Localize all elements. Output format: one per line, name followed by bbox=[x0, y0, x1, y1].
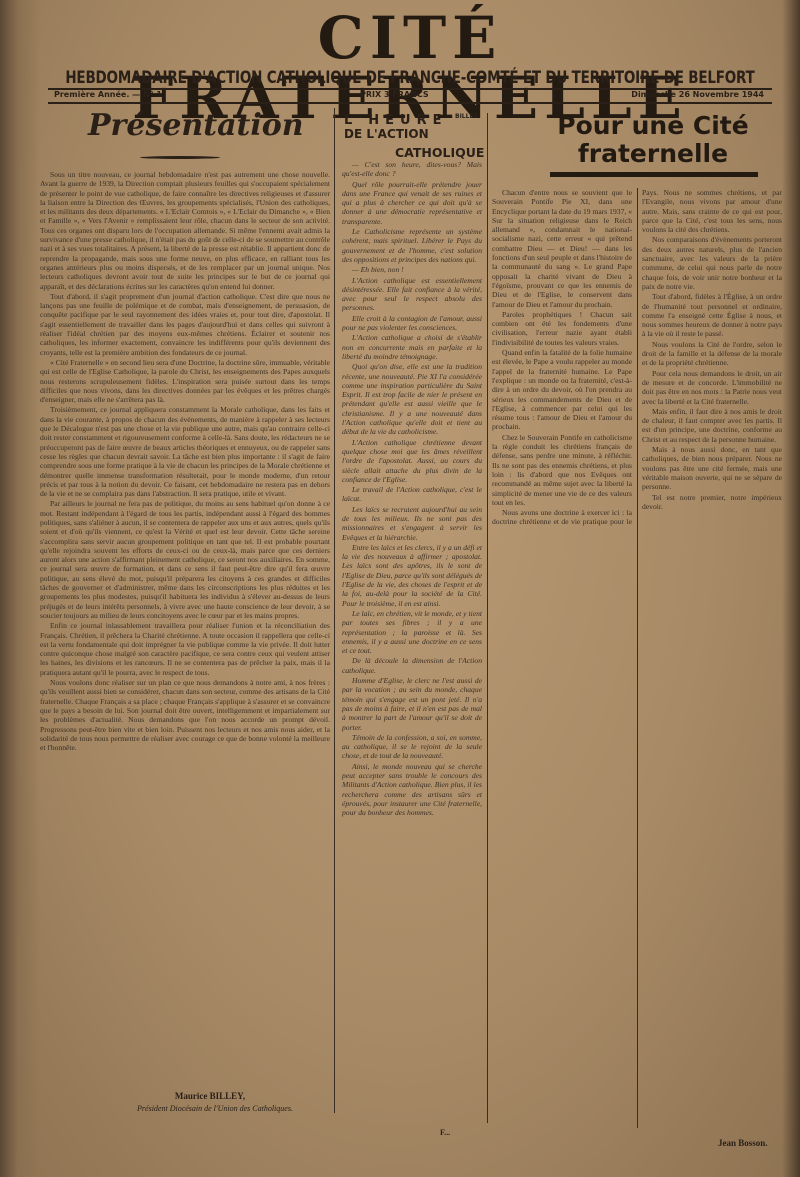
pour-signature: Jean Bosson. bbox=[718, 1138, 768, 1148]
paragraph: Nos comparaisons d'évènements porteront … bbox=[642, 235, 782, 291]
paragraph: Nous voulons donc réaliser sur un plan c… bbox=[40, 678, 330, 752]
heure-title-line2: DE L'ACTION bbox=[344, 127, 429, 141]
issue-info-bar: Première Année. — N° 1 PRIX 3 FRANCS Dim… bbox=[50, 90, 770, 102]
paragraph: Mais à nous aussi donc, en tant que cath… bbox=[642, 445, 782, 491]
paragraph: — C'est son heure, dites-vous? Mais qu'e… bbox=[342, 160, 482, 179]
presentation-signature: Maurice BILLEY, bbox=[100, 1091, 320, 1101]
title-swash bbox=[140, 156, 220, 159]
presentation-signature-title: Président Diocésain de l'Union des Catho… bbox=[100, 1104, 330, 1113]
paragraph: Enfin ce journal inlassablement travaill… bbox=[40, 621, 330, 677]
presentation-article: Sous un titre nouveau, ce journal hebdom… bbox=[40, 170, 330, 1075]
paragraph: « Cité Fraternelle » en second lieu sera… bbox=[40, 358, 330, 404]
paragraph: De là découle la dimension de l'Action c… bbox=[342, 656, 482, 675]
pour-title-line1: Pour une Cité bbox=[548, 112, 758, 140]
paragraph: L'Action catholique est essentiellement … bbox=[342, 276, 482, 313]
pour-article: Chacun d'entre nous se souvient que le S… bbox=[492, 188, 782, 1128]
paragraph: Quand enfin la fatalité de la folie huma… bbox=[492, 348, 632, 432]
heure-title-line3: CATHOLIQUE bbox=[395, 145, 484, 160]
paragraph: Entre les laïcs et les clercs, il y a un… bbox=[342, 543, 482, 608]
paragraph: Mais enfin, il faut dire à nos amis le d… bbox=[642, 407, 782, 444]
pour-title-line2: fraternelle bbox=[548, 140, 758, 168]
issue-date: Dimanche 26 Novembre 1944 bbox=[631, 90, 764, 99]
paragraph: Chez le Souverain Pontife en catholicism… bbox=[492, 433, 632, 507]
heure-article: — C'est son heure, dites-vous? Mais qu'e… bbox=[342, 160, 482, 1115]
paragraph: L'Action catholique chrétienne devant qu… bbox=[342, 438, 482, 484]
page-left-edge bbox=[0, 0, 40, 1177]
paragraph: Nous voulons la Cité de l'ordre, selon l… bbox=[642, 340, 782, 368]
pour-headline: Pour une Cité fraternelle bbox=[548, 112, 758, 168]
paragraph: Le travail de l'Action catholique, c'est… bbox=[342, 485, 482, 504]
paragraph: L'Action catholique a choisi de s'établi… bbox=[342, 333, 482, 361]
paragraph: Paroles prophétiques ! Chacun sait combi… bbox=[492, 310, 632, 347]
billet-tag: BILLET bbox=[455, 113, 478, 120]
column-divider bbox=[334, 108, 335, 1113]
paragraph: Troisièmement, ce journal appliquera con… bbox=[40, 405, 330, 498]
paragraph: Ainsi, le monde nouveau qui se cherche p… bbox=[342, 762, 482, 818]
paragraph: Elle croit à la contagion de l'amour, au… bbox=[342, 314, 482, 333]
paragraph: — Eh bien, non ! bbox=[342, 265, 482, 274]
issue-number: Première Année. — N° 1 bbox=[54, 90, 162, 99]
heure-signature: F... bbox=[440, 1128, 450, 1137]
paragraph: Le laïc, en chrétien, vit le monde, et y… bbox=[342, 609, 482, 655]
masthead-subtitle: HEBDOMADAIRE D'ACTION CATHOLIQUE DE FRAN… bbox=[50, 68, 770, 88]
issue-price: PRIX 3 FRANCS bbox=[360, 90, 429, 99]
presentation-title: Présentation bbox=[88, 108, 288, 143]
masthead-rule-bottom bbox=[48, 102, 772, 104]
paragraph: Tout d'abord, fidèles à l'Église, à un o… bbox=[642, 292, 782, 338]
paragraph: Chacun d'entre nous se souvient que le S… bbox=[492, 188, 632, 309]
paragraph: Par ailleurs le journal ne fera pas de p… bbox=[40, 499, 330, 620]
paragraph: Quoi qu'on dise, elle est une la traditi… bbox=[342, 362, 482, 436]
paragraph: Témoin de la confession, a soi, en somme… bbox=[342, 733, 482, 761]
paragraph: Tout d'abord, il s'agit proprement d'un … bbox=[40, 292, 330, 357]
paragraph: Tel est notre premier, notre impérieux d… bbox=[642, 493, 782, 512]
heure-title-line1: L'HEURE bbox=[344, 113, 447, 128]
paragraph: Quel rôle pourrait-elle prétendre jouer … bbox=[342, 180, 482, 226]
paragraph: Homme d'Eglise, le clerc ne l'est aussi … bbox=[342, 676, 482, 732]
paragraph: Le Catholicisme représente un système co… bbox=[342, 227, 482, 264]
column-divider bbox=[487, 113, 488, 1123]
paragraph: Sous un titre nouveau, ce journal hebdom… bbox=[40, 170, 330, 291]
page-right-edge bbox=[782, 0, 800, 1177]
paragraph: Pour cela nous demandons le droit, un ai… bbox=[642, 369, 782, 406]
paragraph: Les laïcs se recrutent aujourd'hui au se… bbox=[342, 505, 482, 542]
pour-headline-rule bbox=[550, 172, 758, 177]
